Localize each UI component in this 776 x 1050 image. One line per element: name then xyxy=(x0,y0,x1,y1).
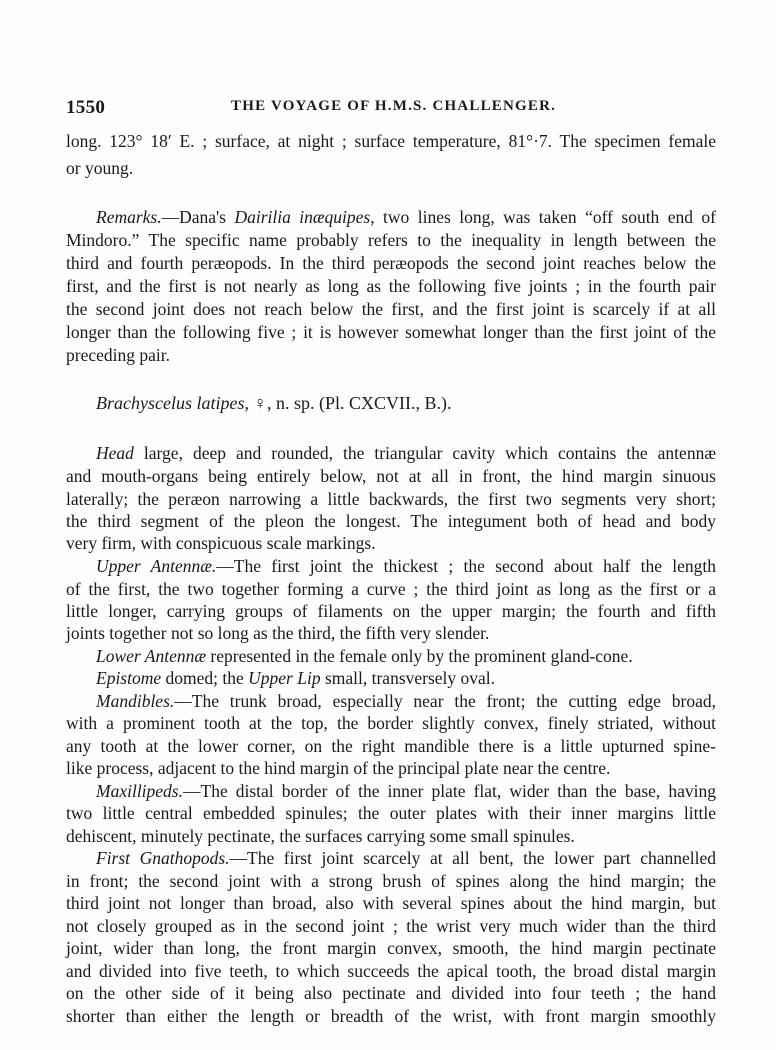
maxillipeds-label: Maxillipeds. xyxy=(96,781,183,801)
first-gnathopods-label: First Gnathopods. xyxy=(96,848,230,868)
head-label: Head xyxy=(96,443,134,463)
text-line: shorter than either the length or breadt… xyxy=(66,1005,716,1027)
lower-antennae-line: Lower Antennæ represented in the female … xyxy=(96,645,716,667)
text-line: any tooth at the lower corner, on the ri… xyxy=(66,735,716,757)
text-line: on the other side of it being also pecti… xyxy=(66,982,716,1004)
species-heading-name: Brachyscelus latipes xyxy=(96,393,244,413)
remarks-paragraph-first-line: Remarks.—Dana's Dairilia inæquipes, two … xyxy=(96,206,716,228)
text-line: and mouth-organs being entirely below, n… xyxy=(66,465,716,487)
text-line: not closely grouped as in the second joi… xyxy=(66,915,716,937)
text-line: or young. xyxy=(66,157,716,179)
text-line: like process, adjacent to the hind margi… xyxy=(66,757,716,779)
text-line: the second joint does not reach below th… xyxy=(66,298,716,320)
running-title: THE VOYAGE OF H.M.S. CHALLENGER. xyxy=(231,98,556,115)
upper-antennae-label: Upper Antennæ. xyxy=(96,556,216,576)
text-line: very firm, with conspicuous scale markin… xyxy=(66,532,716,554)
species-heading: Brachyscelus latipes, ♀, n. sp. (Pl. CXC… xyxy=(96,393,451,414)
maxillipeds-first-line: Maxillipeds.—The distal border of the in… xyxy=(96,780,716,802)
text-line: in front; the second joint with a strong… xyxy=(66,870,716,892)
text-line: and divided into five teeth, to which su… xyxy=(66,960,716,982)
text-line: third joint not longer than broad, also … xyxy=(66,892,716,914)
text-line: long. 123° 18′ E. ; surface, at night ; … xyxy=(66,130,716,152)
lower-antennae-label: Lower Antennæ xyxy=(96,646,206,666)
remarks-label: Remarks. xyxy=(96,207,162,227)
text-line: with a prominent tooth at the top, the b… xyxy=(66,712,716,734)
head-paragraph-first-line: Head large, deep and rounded, the triang… xyxy=(96,442,716,464)
text-line: laterally; the peræon narrowing a little… xyxy=(66,488,716,510)
first-gnathopods-first-line: First Gnathopods.—The first joint scarce… xyxy=(96,847,716,869)
text-line: dehiscent, minutely pectinate, the surfa… xyxy=(66,825,716,847)
text-line: third and fourth peræopods. In the third… xyxy=(66,252,716,274)
text-line: longer than the following five ; it is h… xyxy=(66,321,716,343)
species-name: Dairilia inæquipes xyxy=(234,207,370,227)
epistome-label: Epistome xyxy=(96,668,161,688)
text-line: little longer, carrying groups of filame… xyxy=(66,600,716,622)
epistome-line: Epistome domed; the Upper Lip small, tra… xyxy=(96,667,716,689)
text-line: Mindoro.” The specific name probably ref… xyxy=(66,229,716,251)
text-line: preceding pair. xyxy=(66,344,716,366)
text-line: of the first, the two together forming a… xyxy=(66,578,716,600)
page-header: 1550 THE VOYAGE OF H.M.S. CHALLENGER. xyxy=(66,97,716,121)
upper-antennae-first-line: Upper Antennæ.—The first joint the thick… xyxy=(96,555,716,577)
mandibles-label: Mandibles. xyxy=(96,691,174,711)
text-line: two little central embedded spinules; th… xyxy=(66,802,716,824)
text-line: joint, wider than long, the front margin… xyxy=(66,937,716,959)
text-line: the third segment of the pleon the longe… xyxy=(66,510,716,532)
text-line: joints together not so long as the third… xyxy=(66,622,716,644)
mandibles-first-line: Mandibles.—The trunk broad, especially n… xyxy=(96,690,716,712)
page-number: 1550 xyxy=(66,97,105,119)
upper-lip-label: Upper Lip xyxy=(248,668,320,688)
text-line: first, and the first is not nearly as lo… xyxy=(66,275,716,297)
book-page: 1550 THE VOYAGE OF H.M.S. CHALLENGER. lo… xyxy=(0,0,776,1050)
